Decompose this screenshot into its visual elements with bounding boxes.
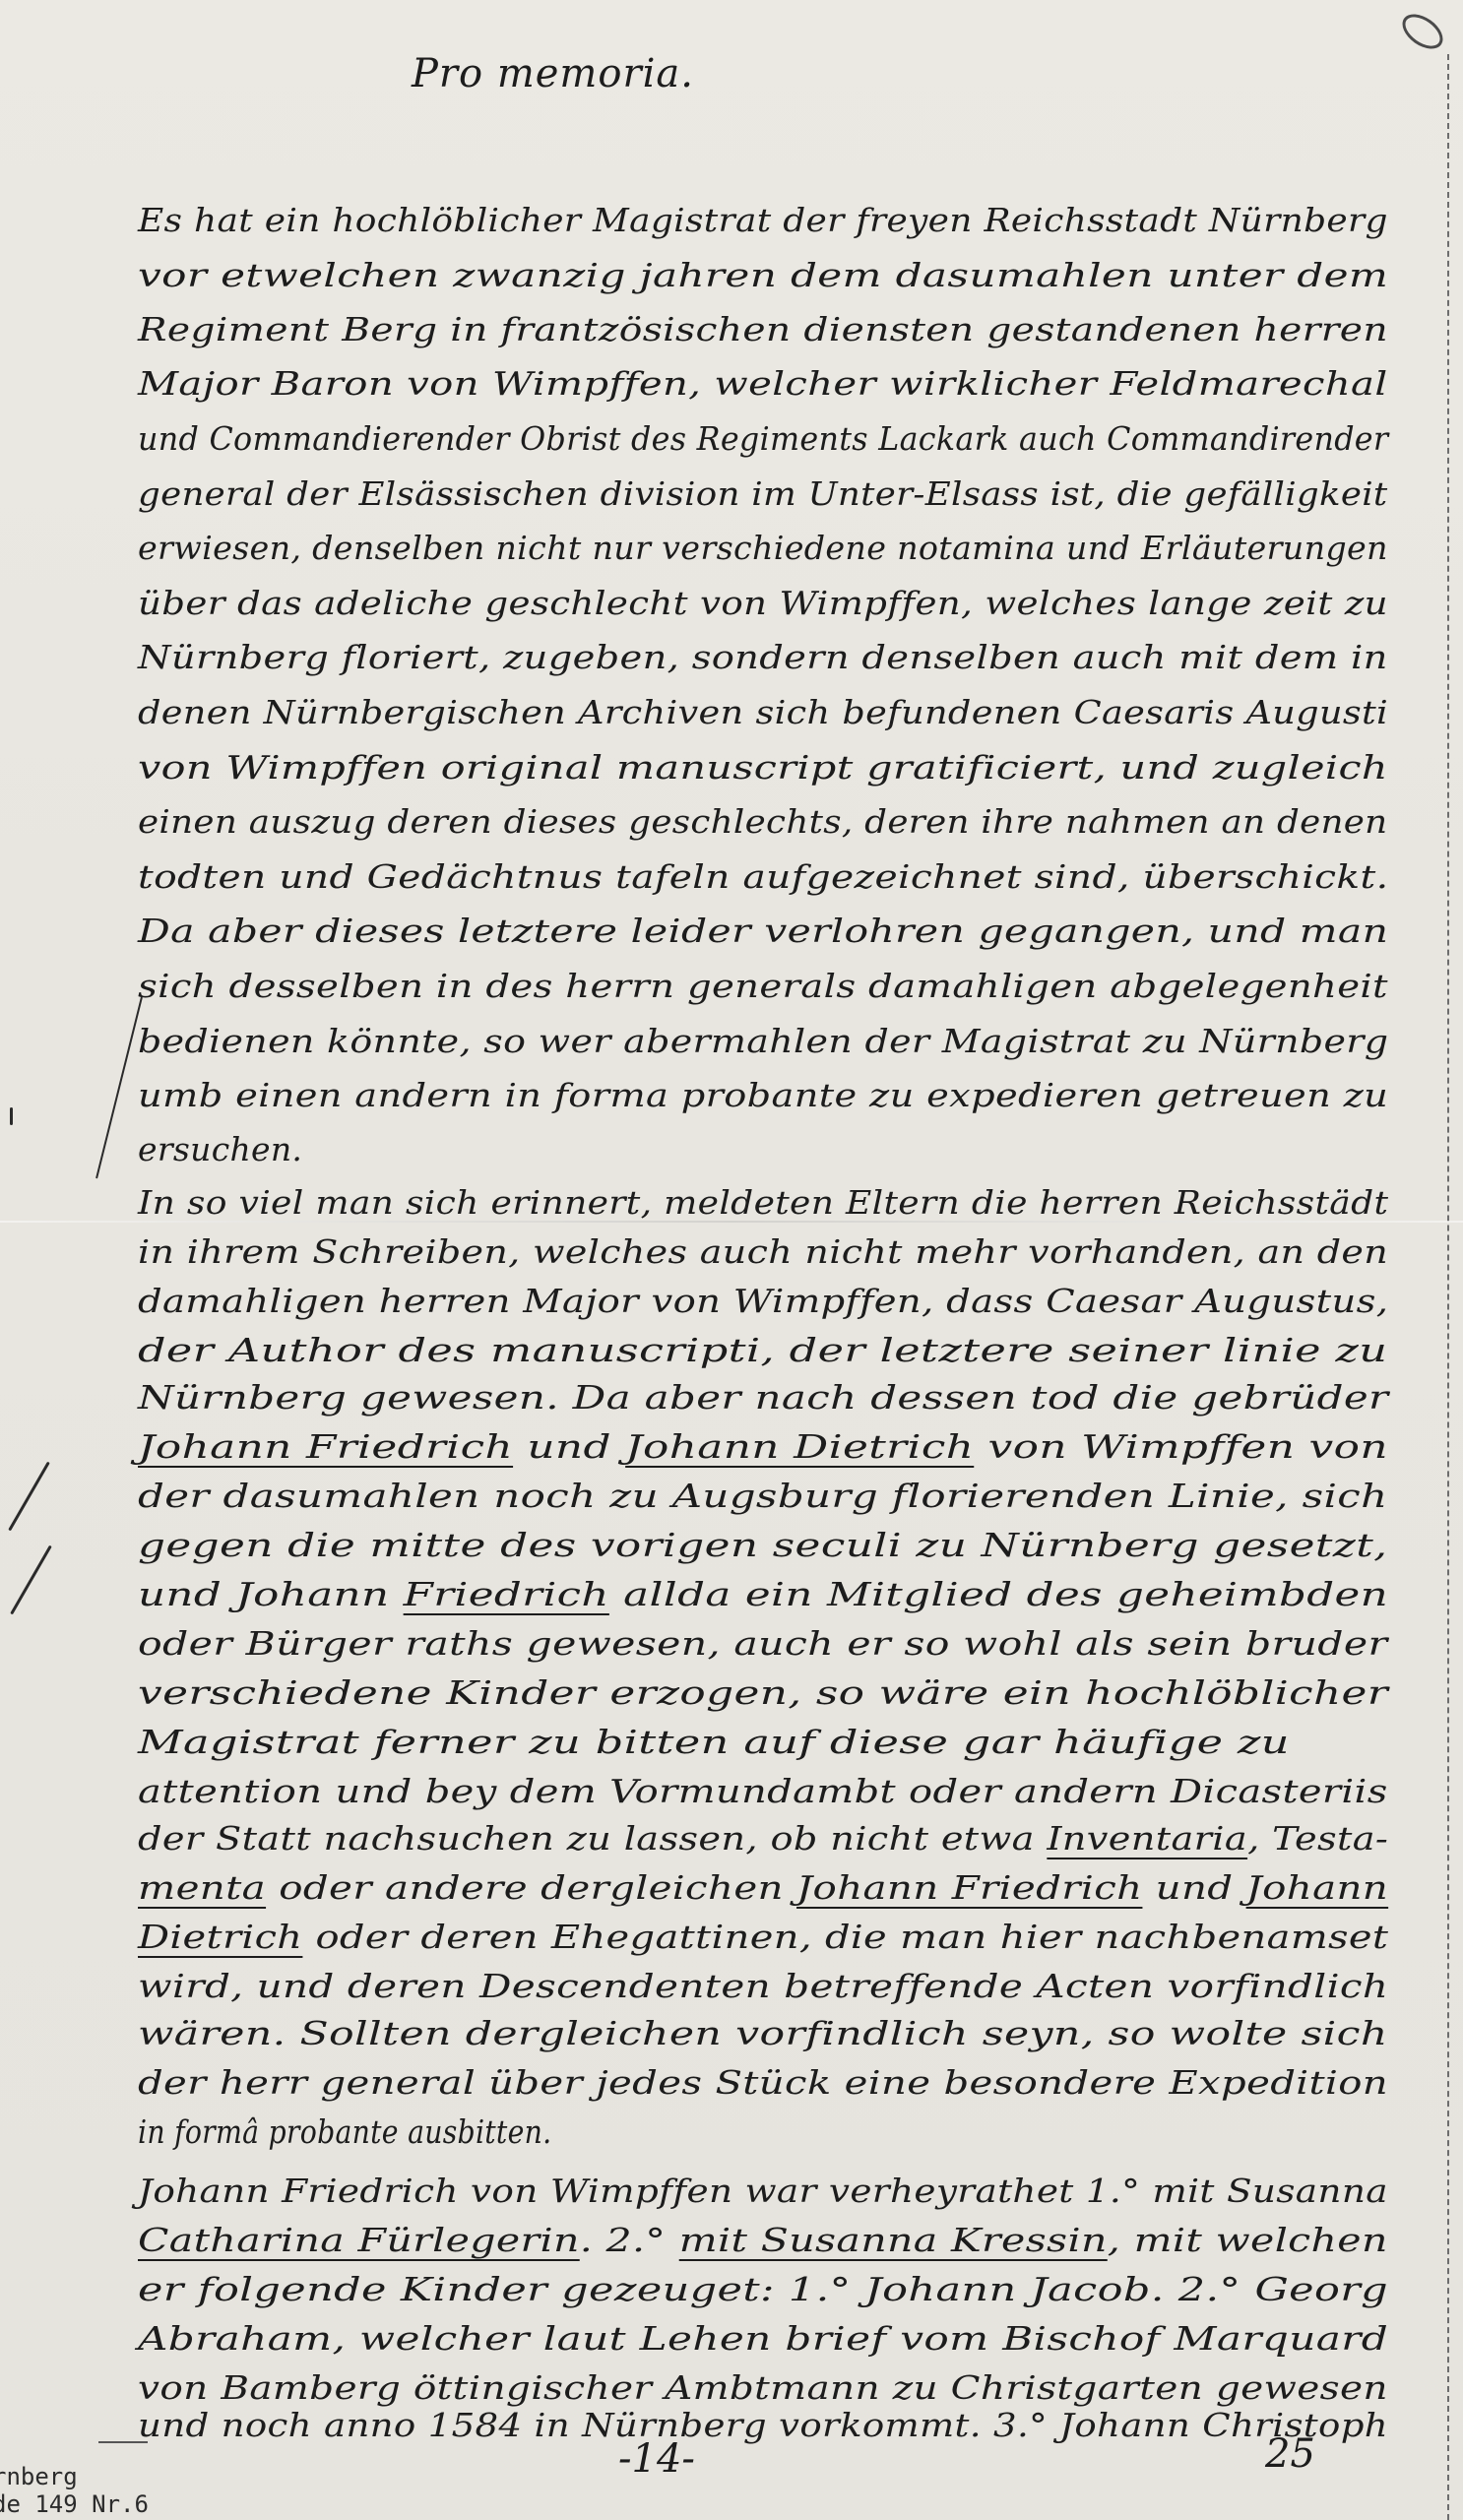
handwritten-line: und Johann Friedrich allda ein Mitglied … <box>138 1575 1388 1614</box>
handwritten-line: attention und bey dem Vormundambt oder a… <box>138 1772 1388 1811</box>
handwritten-line: Magistrat ferner zu bitten auf diese gar… <box>138 1723 1290 1762</box>
handwritten-line: der Author des manuscripti, der letztere… <box>138 1331 1387 1370</box>
handwritten-line: bedienen könnte, so wer abermahlen der M… <box>138 1022 1388 1061</box>
handwritten-line: denen Nürnbergischen Archiven sich befun… <box>138 693 1388 732</box>
text-segment: und <box>513 1427 625 1466</box>
handwritten-line: er folgende Kinder gezeuget: 1.° Johann … <box>138 2270 1388 2309</box>
handwritten-line: in ihrem Schreiben, welches auch nicht m… <box>138 1232 1388 1272</box>
handwritten-line: einen auszug deren dieses geschlechts, d… <box>138 802 1387 842</box>
archive-stamp-line2: de 149 Nr.6 <box>0 2490 149 2518</box>
margin-dash <box>98 2441 148 2443</box>
handwritten-line: wären. Sollten dergleichen vorfindlich s… <box>138 2014 1388 2053</box>
text-segment: . 2.° <box>580 2221 679 2259</box>
handwritten-line: todten und Gedächtnus tafeln aufgezeichn… <box>138 857 1388 897</box>
margin-stroke <box>95 997 143 1179</box>
underlined-name: mit Susanna Kressin <box>679 2221 1108 2259</box>
handwritten-line: verschiedene Kinder erzogen, so wäre ein… <box>138 1673 1388 1713</box>
handwritten-line: erwiesen, denselben nicht nur verschiede… <box>138 529 1388 568</box>
handwritten-line: von Bamberg öttingischer Ambtmann zu Chr… <box>138 2368 1388 2408</box>
handwritten-line: über das adeliche geschlecht von Wimpffe… <box>138 584 1388 623</box>
handwritten-line: Nürnberg gewesen. Da aber nach dessen to… <box>138 1378 1388 1417</box>
document-title: Pro memoria. <box>412 51 694 96</box>
handwritten-line: general der Elsässischen division im Unt… <box>138 474 1388 514</box>
handwritten-line: ersuchen. <box>138 1130 302 1169</box>
archive-stamp-line1: rnberg <box>0 2463 78 2490</box>
margin-stroke <box>10 1545 52 1615</box>
text-segment: der Statt nachsuchen zu lassen, ob nicht… <box>138 1819 1047 1858</box>
handwritten-line: Major Baron von Wimpffen, welcher wirkli… <box>138 364 1388 404</box>
handwritten-line: von Wimpffen original manuscript gratifi… <box>138 748 1388 787</box>
text-segment: von Wimpffen von <box>974 1427 1388 1466</box>
handwritten-line: In so viel man sich erinnert, meldeten E… <box>138 1183 1388 1223</box>
handwritten-line: und noch anno 1584 in Nürnberg vorkommt.… <box>138 2406 1388 2445</box>
handwritten-line: und Commandierender Obrist des Regiments… <box>138 419 1388 459</box>
text-segment: und <box>1142 1868 1245 1907</box>
handwritten-line: Johann Friedrich und Johann Dietrich von… <box>138 1427 1388 1467</box>
handwritten-line: der Statt nachsuchen zu lassen, ob nicht… <box>138 1819 1388 1858</box>
margin-stroke <box>8 1462 50 1532</box>
handwritten-line: damahligen herren Major von Wimpffen, da… <box>138 1282 1388 1321</box>
text-segment: allda ein Mitglied des geheimbden <box>609 1575 1388 1613</box>
underlined-name: Johann Friedrich <box>796 1868 1142 1907</box>
handwritten-line: Es hat ein hochlöblicher Magistrat der f… <box>138 201 1388 240</box>
handwritten-line: umb einen andern in forma probante zu ex… <box>138 1076 1388 1115</box>
handwritten-line: in formâ probante ausbitten. <box>138 2112 551 2152</box>
text-segment: und Johann <box>138 1575 404 1613</box>
underlined-name: Friedrich <box>404 1575 609 1613</box>
handwritten-line: Regiment Berg in frantzösischen diensten… <box>138 310 1388 349</box>
archive-stamp: rnberg de 149 Nr.6 <box>0 2463 149 2518</box>
handwritten-line: gegen die mitte des vorigen seculi zu Nü… <box>138 1526 1387 1565</box>
page-edge-line <box>1447 54 1449 2520</box>
handwritten-line: der dasumahlen noch zu Augsburg floriere… <box>138 1477 1388 1516</box>
handwritten-line: oder Bürger raths gewesen, auch er so wo… <box>138 1624 1387 1664</box>
underlined-name: Johann Friedrich <box>138 1427 513 1466</box>
handwritten-line: Johann Friedrich von Wimpffen war verhey… <box>138 2172 1388 2211</box>
text-segment: , Testa- <box>1247 1819 1388 1858</box>
document-page: Pro memoria. Es hat ein hochlöblicher Ma… <box>0 0 1463 2520</box>
underlined-name: Catharina Fürlegerin <box>138 2221 580 2259</box>
handwritten-line: vor etwelchen zwanzig jahren dem dasumah… <box>138 256 1388 295</box>
handwritten-line: Abraham, welcher laut Lehen brief vom Bi… <box>138 2319 1388 2359</box>
handwritten-line: sich desselben in des herrn generals dam… <box>138 967 1388 1006</box>
corner-ink-mark <box>1396 7 1449 55</box>
margin-dot <box>10 1107 13 1125</box>
underlined-name: Johann Dietrich <box>625 1427 974 1466</box>
handwritten-line: Catharina Fürlegerin. 2.° mit Susanna Kr… <box>138 2221 1388 2260</box>
handwritten-line: Da aber dieses letztere leider verlohren… <box>138 912 1388 951</box>
text-segment: , mit welchen <box>1108 2221 1388 2259</box>
page-number-right: 25 <box>1265 2431 1315 2477</box>
underlined-name: Johann <box>1246 1868 1389 1907</box>
handwritten-line: menta oder andere dergleichen Johann Fri… <box>138 1868 1388 1908</box>
underlined-name: menta <box>138 1868 266 1907</box>
text-segment: oder andere dergleichen <box>266 1868 796 1907</box>
underlined-name: Dietrich <box>138 1918 302 1956</box>
underlined-name: Inventaria <box>1047 1819 1247 1858</box>
page-number-center: -14- <box>618 2436 695 2482</box>
handwritten-line: Nürnberg floriert, zugeben, sondern dens… <box>138 638 1388 677</box>
handwritten-line: der herr general über jedes Stück eine b… <box>138 2063 1388 2103</box>
handwritten-line: Dietrich oder deren Ehegattinen, die man… <box>138 1918 1388 1957</box>
text-segment: oder deren Ehegattinen, die man hier nac… <box>302 1918 1388 1956</box>
handwritten-line: wird, und deren Descendenten betreffende… <box>138 1967 1388 2006</box>
